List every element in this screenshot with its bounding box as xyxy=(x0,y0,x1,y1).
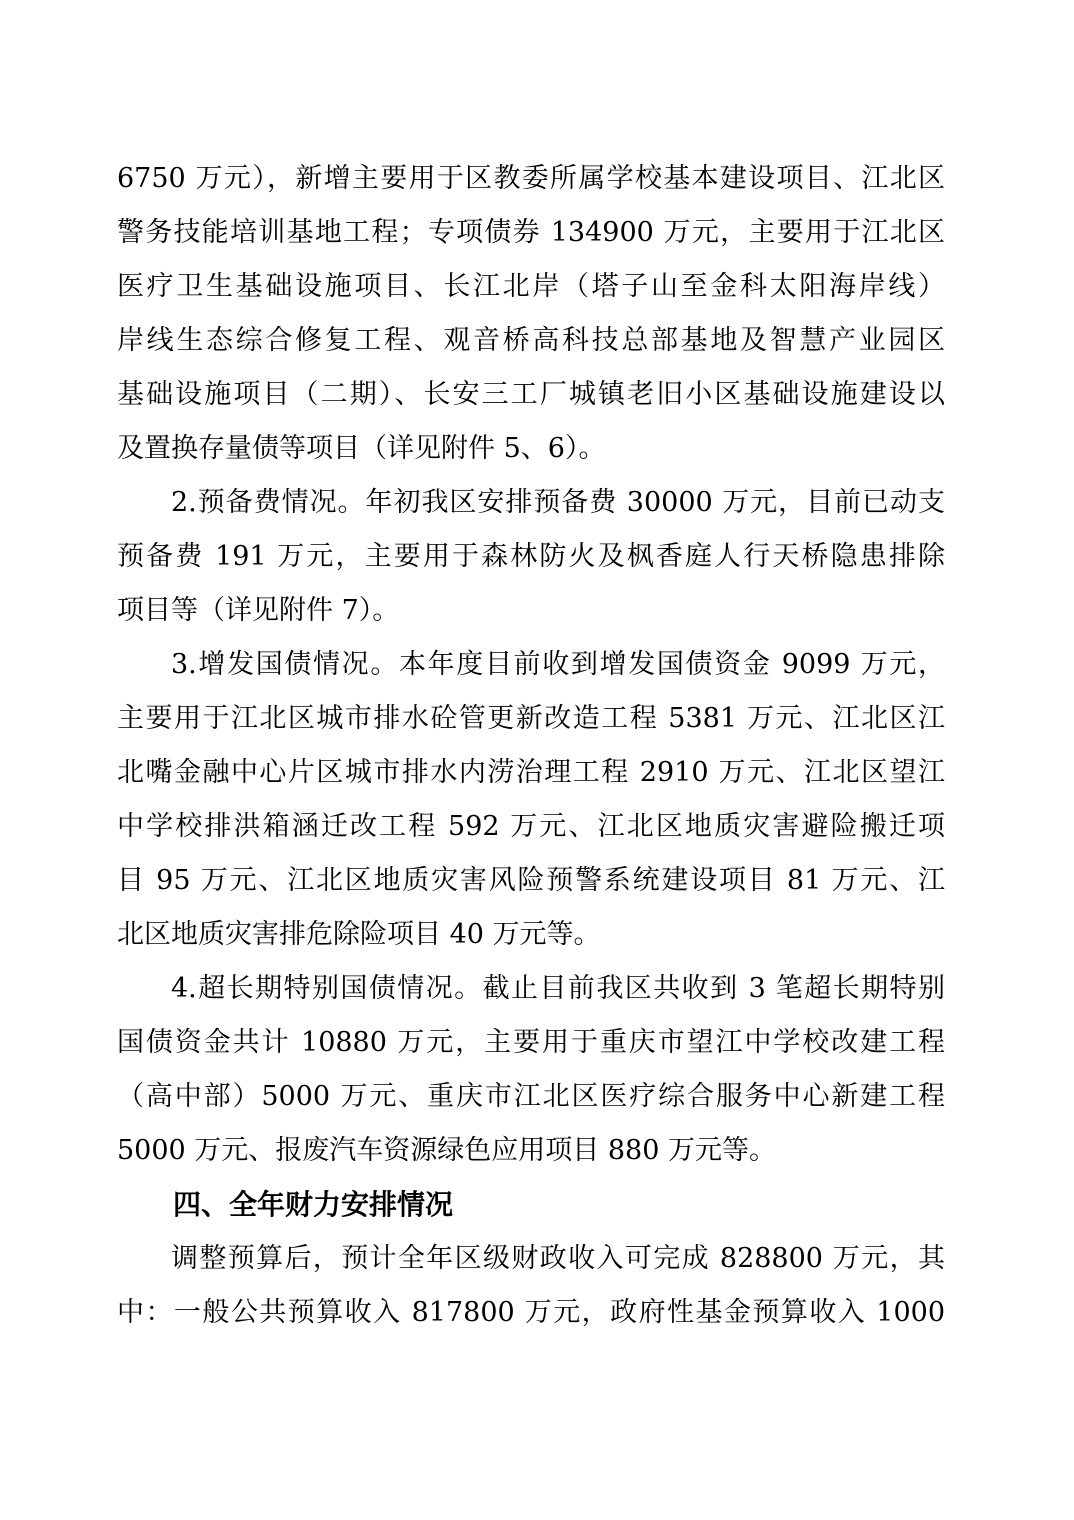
text-line: 警务技能培训基地工程；专项债券 134900 万元，主要用于江北区 xyxy=(117,206,945,260)
text-line: 6750 万元），新增主要用于区教委所属学校基本建设项目、江北区 xyxy=(117,152,945,206)
text-line: 岸线生态综合修复工程、观音桥高科技总部基地及智慧产业园区 xyxy=(117,314,945,368)
text-line: 目 95 万元、江北区地质灾害风险预警系统建设项目 81 万元、江 xyxy=(117,854,945,908)
section-heading: 四、全年财力安排情况 xyxy=(117,1178,945,1232)
text-line: 预备费 191 万元，主要用于森林防火及枫香庭人行天桥隐患排除 xyxy=(117,530,945,584)
text-line: 5000 万元、报废汽车资源绿色应用项目 880 万元等。 xyxy=(117,1124,945,1178)
text-line: 中学校排洪箱涵迁改工程 592 万元、江北区地质灾害避险搬迁项 xyxy=(117,800,945,854)
text-line: 主要用于江北区城市排水砼管更新改造工程 5381 万元、江北区江 xyxy=(117,692,945,746)
text-line: 医疗卫生基础设施项目、长江北岸（塔子山至金科太阳海岸线） xyxy=(117,260,945,314)
text-line: 基础设施项目（二期）、长安三工厂城镇老旧小区基础设施建设以 xyxy=(117,368,945,422)
text-line: 3.增发国债情况。本年度目前收到增发国债资金 9099 万元， xyxy=(117,638,945,692)
text-line: 国债资金共计 10880 万元，主要用于重庆市望江中学校改建工程 xyxy=(117,1016,945,1070)
text-line: 北区地质灾害排危除险项目 40 万元等。 xyxy=(117,908,945,962)
text-line: 4.超长期特别国债情况。截止目前我区共收到 3 笔超长期特别 xyxy=(117,962,945,1016)
text-line: 项目等（详见附件 7）。 xyxy=(117,584,945,638)
text-line: 中：一般公共预算收入 817800 万元，政府性基金预算收入 1000 xyxy=(117,1286,945,1340)
text-line: 调整预算后，预计全年区级财政收入可完成 828800 万元，其 xyxy=(117,1232,945,1286)
document-page: 6750 万元），新增主要用于区教委所属学校基本建设项目、江北区 警务技能培训基… xyxy=(0,0,1074,1520)
text-line: 北嘴金融中心片区城市排水内涝治理工程 2910 万元、江北区望江 xyxy=(117,746,945,800)
text-line: 2.预备费情况。年初我区安排预备费 30000 万元，目前已动支 xyxy=(117,476,945,530)
text-line: （高中部）5000 万元、重庆市江北区医疗综合服务中心新建工程 xyxy=(117,1070,945,1124)
text-block: 6750 万元），新增主要用于区教委所属学校基本建设项目、江北区 警务技能培训基… xyxy=(117,152,945,1340)
text-line: 及置换存量债等项目（详见附件 5、6）。 xyxy=(117,422,945,476)
